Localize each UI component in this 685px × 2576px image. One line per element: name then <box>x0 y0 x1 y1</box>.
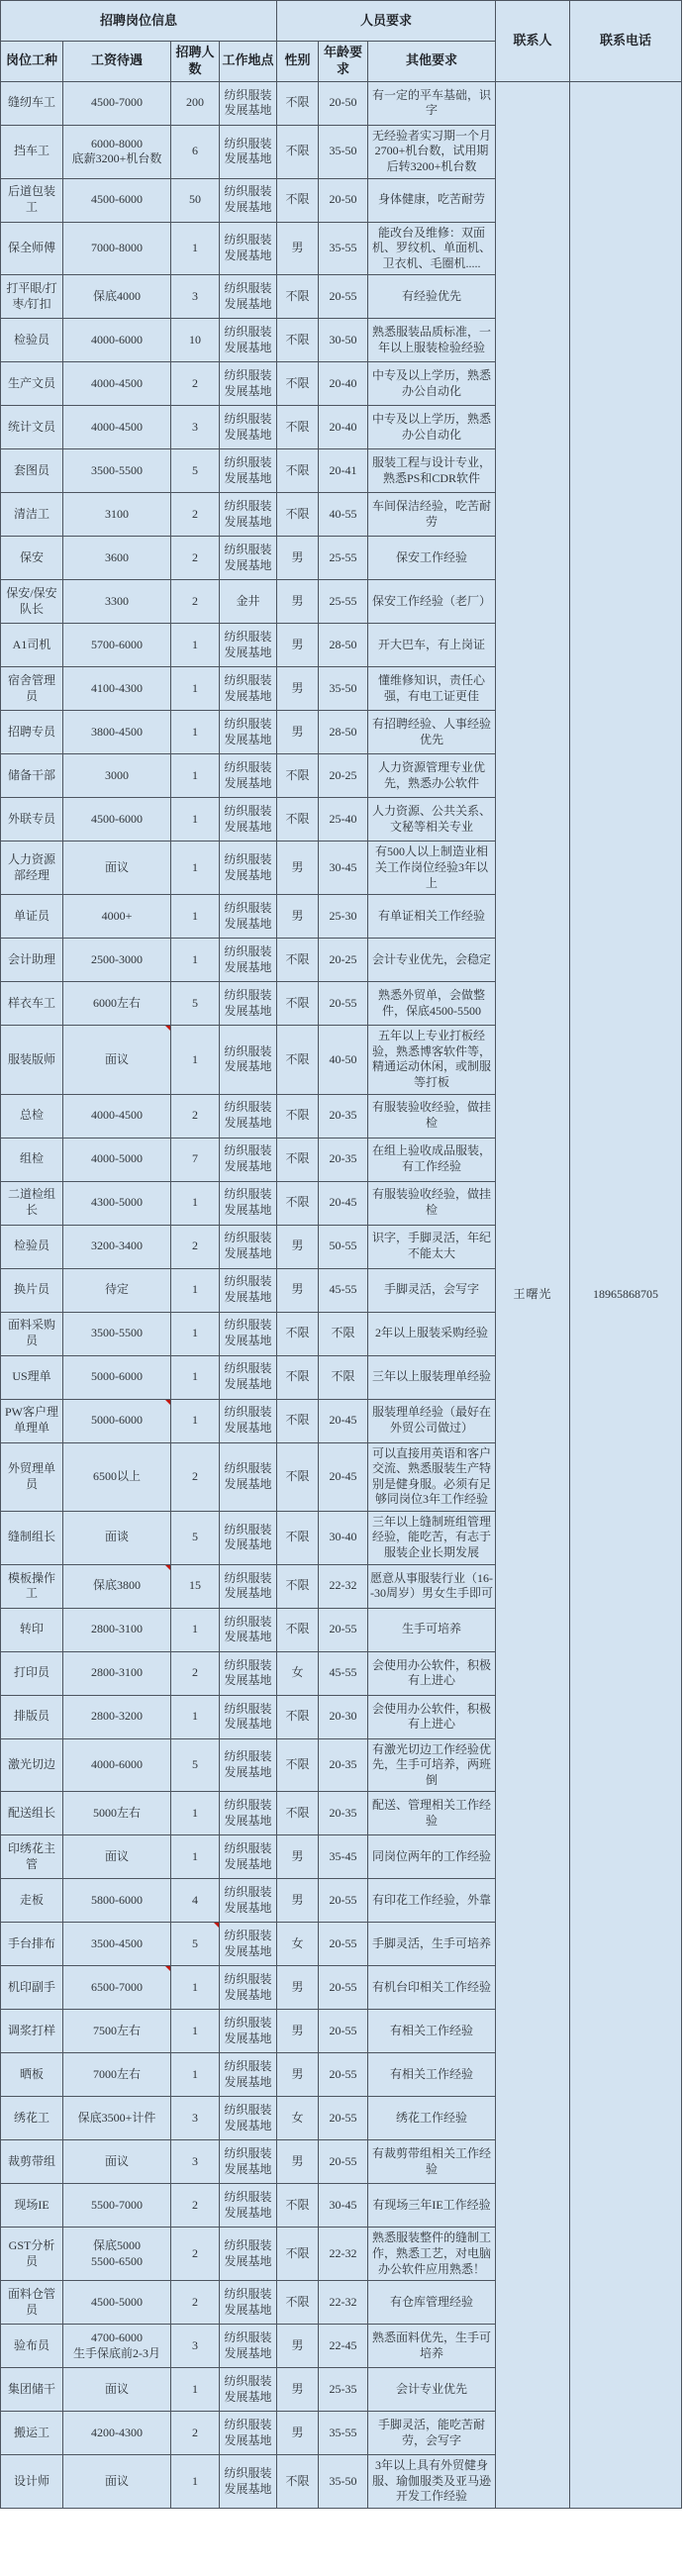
cell-salary: 4000-4500 <box>63 406 171 449</box>
cell-location: 纺织服装发展基地 <box>220 1511 277 1564</box>
cell-count: 1 <box>171 1835 220 1879</box>
cell-location: 纺织服装发展基地 <box>220 2053 277 2097</box>
cell-count: 2 <box>171 537 220 580</box>
cell-job: 面料仓管员 <box>1 2281 63 2325</box>
cell-salary: 4500-7000 <box>63 81 171 125</box>
cell-salary: 保底4000 <box>63 275 171 319</box>
cell-other: 会计专业优先，会稳定 <box>368 939 496 982</box>
cell-age: 28-50 <box>319 624 368 667</box>
cell-salary: 5700-6000 <box>63 624 171 667</box>
cell-age: 20-55 <box>319 2140 368 2184</box>
cell-job: 招聘专员 <box>1 711 63 754</box>
cell-salary: 面议 <box>63 1835 171 1879</box>
cell-age: 30-40 <box>319 1511 368 1564</box>
cell-salary: 5800-6000 <box>63 1879 171 1923</box>
cell-gender: 不限 <box>277 449 319 493</box>
cell-salary: 2500-3000 <box>63 939 171 982</box>
cell-job: 外贸理单员 <box>1 1442 63 1511</box>
cell-salary: 4000-6000 <box>63 319 171 362</box>
cell-job: 检验员 <box>1 319 63 362</box>
table-body: 缝纫车工4500-7000200纺织服装发展基地不限20-50有一定的平车基础，… <box>1 81 682 2508</box>
cell-other: 手脚灵活，能吃苦耐劳，会写字 <box>368 2412 496 2455</box>
cell-salary: 面谈 <box>63 1511 171 1564</box>
cell-job: 套图员 <box>1 449 63 493</box>
cell-job: 样衣车工 <box>1 982 63 1026</box>
cell-other: 有机台印相关工作经验 <box>368 1966 496 2010</box>
cell-location: 纺织服装发展基地 <box>220 2368 277 2412</box>
cell-salary: 4100-4300 <box>63 667 171 711</box>
cell-gender: 不限 <box>277 1355 319 1399</box>
cell-job: GST分析员 <box>1 2228 63 2281</box>
note-marker-icon <box>165 1026 170 1031</box>
cell-other: 有仓库管理经验 <box>368 2281 496 2325</box>
cell-count: 1 <box>171 1268 220 1312</box>
cell-location: 纺织服装发展基地 <box>220 2010 277 2053</box>
cell-salary: 4000-5000 <box>63 1138 171 1181</box>
cell-gender: 不限 <box>277 1738 319 1792</box>
cell-age: 20-50 <box>319 178 368 222</box>
cell-salary: 5000-6000 <box>63 1355 171 1399</box>
cell-gender: 不限 <box>277 125 319 178</box>
cell-other: 愿意从事服装行业（16--30周岁）男女生手即可 <box>368 1564 496 1608</box>
cell-job: 模板操作工 <box>1 1564 63 1608</box>
cell-salary: 6000左右 <box>63 982 171 1026</box>
cell-job: US理单 <box>1 1355 63 1399</box>
cell-location: 纺织服装发展基地 <box>220 842 277 895</box>
cell-age: 30-45 <box>319 842 368 895</box>
cell-job: 配送组长 <box>1 1792 63 1835</box>
cell-count: 2 <box>171 2412 220 2455</box>
cell-job: 打印员 <box>1 1651 63 1695</box>
cell-other: 配送、管理相关工作经验 <box>368 1792 496 1835</box>
cell-other: 识字，手脚灵活，年纪不能太大 <box>368 1225 496 1268</box>
cell-salary: 保底5000 5500-6500 <box>63 2228 171 2281</box>
cell-count: 1 <box>171 1966 220 2010</box>
cell-age: 25-40 <box>319 798 368 842</box>
cell-job: 保安 <box>1 537 63 580</box>
cell-age: 45-55 <box>319 1268 368 1312</box>
cell-gender: 不限 <box>277 2184 319 2228</box>
cell-job: 现场IE <box>1 2184 63 2228</box>
cell-other: 有经验优先 <box>368 275 496 319</box>
cell-count: 1 <box>171 2053 220 2097</box>
cell-job: 服装版师 <box>1 1026 63 1094</box>
group-header-personnel-req: 人员要求 <box>277 1 496 42</box>
cell-count: 1 <box>171 667 220 711</box>
cell-location: 纺织服装发展基地 <box>220 275 277 319</box>
cell-job: 单证员 <box>1 895 63 939</box>
cell-salary: 3200-3400 <box>63 1225 171 1268</box>
cell-age: 20-45 <box>319 1399 368 1442</box>
cell-gender: 不限 <box>277 81 319 125</box>
cell-job: 手台排布 <box>1 1923 63 1966</box>
cell-location: 纺织服装发展基地 <box>220 711 277 754</box>
cell-location: 纺织服装发展基地 <box>220 178 277 222</box>
cell-age: 20-55 <box>319 982 368 1026</box>
cell-count: 3 <box>171 2140 220 2184</box>
cell-gender: 不限 <box>277 406 319 449</box>
cell-location: 纺织服装发展基地 <box>220 1923 277 1966</box>
cell-job: 缝制组长 <box>1 1511 63 1564</box>
cell-job: 保全师傅 <box>1 222 63 275</box>
cell-gender: 男 <box>277 842 319 895</box>
cell-count: 2 <box>171 1651 220 1695</box>
cell-location: 纺织服装发展基地 <box>220 537 277 580</box>
note-marker-icon <box>214 1923 219 1928</box>
cell-gender: 男 <box>277 2140 319 2184</box>
cell-job: 缝纫车工 <box>1 81 63 125</box>
cell-salary: 3100 <box>63 493 171 537</box>
cell-salary: 4300-5000 <box>63 1181 171 1225</box>
cell-age: 20-25 <box>319 939 368 982</box>
cell-salary: 面议 <box>63 1026 171 1094</box>
col-header-age: 年龄要求 <box>319 42 368 82</box>
cell-location: 纺织服装发展基地 <box>220 2455 277 2509</box>
cell-other: 有服装验收经验，做挂检 <box>368 1181 496 1225</box>
cell-location: 纺织服装发展基地 <box>220 1399 277 1442</box>
cell-age: 20-35 <box>319 1738 368 1792</box>
cell-age: 20-40 <box>319 406 368 449</box>
cell-age: 35-55 <box>319 2412 368 2455</box>
cell-age: 25-55 <box>319 537 368 580</box>
cell-count: 1 <box>171 939 220 982</box>
cell-gender: 不限 <box>277 362 319 406</box>
cell-other: 可以直接用英语和客户交流、熟悉服装生产特别是健身服。必须有足够同岗位3年工作经验 <box>368 1442 496 1511</box>
cell-job: 搬运工 <box>1 2412 63 2455</box>
col-header-count: 招聘人数 <box>171 42 220 82</box>
cell-location: 纺织服装发展基地 <box>220 222 277 275</box>
cell-other: 2年以上服装采购经验 <box>368 1312 496 1355</box>
cell-count: 1 <box>171 754 220 798</box>
cell-job: 排版员 <box>1 1695 63 1738</box>
cell-location: 纺织服装发展基地 <box>220 449 277 493</box>
cell-other: 服装工程与设计专业，熟悉PS和CDR软件 <box>368 449 496 493</box>
cell-age: 20-50 <box>319 81 368 125</box>
cell-location: 纺织服装发展基地 <box>220 895 277 939</box>
cell-job: 组检 <box>1 1138 63 1181</box>
cell-salary: 4500-6000 <box>63 798 171 842</box>
cell-age: 20-41 <box>319 449 368 493</box>
cell-location: 纺织服装发展基地 <box>220 939 277 982</box>
cell-gender: 不限 <box>277 1026 319 1094</box>
cell-salary: 3500-5500 <box>63 1312 171 1355</box>
cell-count: 3 <box>171 275 220 319</box>
cell-gender: 男 <box>277 667 319 711</box>
cell-salary: 3600 <box>63 537 171 580</box>
cell-gender: 不限 <box>277 493 319 537</box>
cell-location: 纺织服装发展基地 <box>220 1442 277 1511</box>
cell-location: 纺织服装发展基地 <box>220 2140 277 2184</box>
cell-gender: 不限 <box>277 275 319 319</box>
cell-other: 3年以上具有外贸健身服、瑜伽服类及亚马逊开发工作经验 <box>368 2455 496 2509</box>
cell-location: 纺织服装发展基地 <box>220 1225 277 1268</box>
cell-other: 绣花工作经验 <box>368 2097 496 2140</box>
cell-age: 20-55 <box>319 1966 368 2010</box>
cell-salary: 7000-8000 <box>63 222 171 275</box>
cell-other: 保安工作经验（老厂） <box>368 580 496 624</box>
cell-gender: 不限 <box>277 319 319 362</box>
cell-other: 保安工作经验 <box>368 537 496 580</box>
cell-other: 有现场三年IE工作经验 <box>368 2184 496 2228</box>
cell-gender: 男 <box>277 2412 319 2455</box>
cell-count: 1 <box>171 1695 220 1738</box>
cell-job: 机印副手 <box>1 1966 63 2010</box>
cell-count: 6 <box>171 125 220 178</box>
cell-other: 有单证相关工作经验 <box>368 895 496 939</box>
cell-age: 25-35 <box>319 2368 368 2412</box>
cell-age: 35-55 <box>319 222 368 275</box>
cell-salary: 面议 <box>63 842 171 895</box>
cell-count: 5 <box>171 1738 220 1792</box>
cell-other: 无经验者实习期一个月2700+机台数，试用期后转3200+机台数 <box>368 125 496 178</box>
cell-salary: 面议 <box>63 2455 171 2509</box>
group-header-recruit-info: 招聘岗位信息 <box>1 1 277 42</box>
cell-job: 清洁工 <box>1 493 63 537</box>
cell-other: 生手可培养 <box>368 1608 496 1651</box>
cell-count: 2 <box>171 1225 220 1268</box>
cell-gender: 女 <box>277 1651 319 1695</box>
cell-count: 3 <box>171 2097 220 2140</box>
cell-age: 35-45 <box>319 1835 368 1879</box>
cell-gender: 不限 <box>277 798 319 842</box>
cell-other: 三年以上服装理单经验 <box>368 1355 496 1399</box>
cell-age: 50-55 <box>319 1225 368 1268</box>
group-header-contact-person: 联系人 <box>496 1 570 82</box>
cell-job: 设计师 <box>1 2455 63 2509</box>
cell-location: 纺织服装发展基地 <box>220 2228 277 2281</box>
cell-count: 1 <box>171 2010 220 2053</box>
cell-count: 2 <box>171 2184 220 2228</box>
cell-job: 人力资源部经理 <box>1 842 63 895</box>
cell-gender: 不限 <box>277 1442 319 1511</box>
cell-count: 5 <box>171 1511 220 1564</box>
note-marker-icon <box>165 1400 170 1405</box>
cell-age: 35-50 <box>319 2455 368 2509</box>
cell-job: 检验员 <box>1 1225 63 1268</box>
cell-other: 有激光切边工作经验优先，生手可培养，两班倒 <box>368 1738 496 1792</box>
cell-count: 4 <box>171 1879 220 1923</box>
cell-age: 20-25 <box>319 754 368 798</box>
cell-salary: 4700-6000 生手保底前2-3月 <box>63 2325 171 2368</box>
cell-gender: 不限 <box>277 1312 319 1355</box>
cell-other: 身体健康，吃苦耐劳 <box>368 178 496 222</box>
cell-count: 15 <box>171 1564 220 1608</box>
cell-location: 纺织服装发展基地 <box>220 2281 277 2325</box>
cell-job: 印绣花主管 <box>1 1835 63 1879</box>
cell-job: 验布员 <box>1 2325 63 2368</box>
cell-count: 1 <box>171 711 220 754</box>
cell-age: 20-35 <box>319 1138 368 1181</box>
cell-salary: 保底3800 <box>63 1564 171 1608</box>
cell-location: 纺织服装发展基地 <box>220 81 277 125</box>
cell-count: 2 <box>171 2281 220 2325</box>
cell-job: A1司机 <box>1 624 63 667</box>
cell-other: 会使用办公软件，积极有上进心 <box>368 1651 496 1695</box>
cell-other: 开大巴车，有上岗证 <box>368 624 496 667</box>
cell-age: 20-55 <box>319 1608 368 1651</box>
cell-age: 22-32 <box>319 1564 368 1608</box>
cell-gender: 男 <box>277 2010 319 2053</box>
cell-job: 晒板 <box>1 2053 63 2097</box>
cell-salary: 5000-6000 <box>63 1399 171 1442</box>
cell-age: 20-55 <box>319 2053 368 2097</box>
cell-other: 有500人以上制造业相关工作岗位经验3年以上 <box>368 842 496 895</box>
cell-count: 1 <box>171 1026 220 1094</box>
cell-salary: 4000-6000 <box>63 1738 171 1792</box>
cell-other: 有一定的平车基础，识字 <box>368 81 496 125</box>
col-header-other: 其他要求 <box>368 42 496 82</box>
cell-count: 1 <box>171 842 220 895</box>
cell-count: 200 <box>171 81 220 125</box>
col-header-job: 岗位工种 <box>1 42 63 82</box>
cell-count: 1 <box>171 624 220 667</box>
cell-job: 调浆打样 <box>1 2010 63 2053</box>
cell-age: 25-30 <box>319 895 368 939</box>
cell-salary: 7500左右 <box>63 2010 171 2053</box>
cell-count: 1 <box>171 1399 220 1442</box>
cell-age: 不限 <box>319 1312 368 1355</box>
cell-count: 2 <box>171 493 220 537</box>
cell-salary: 保底3500+计件 <box>63 2097 171 2140</box>
cell-count: 3 <box>171 406 220 449</box>
cell-gender: 不限 <box>277 1399 319 1442</box>
cell-location: 纺织服装发展基地 <box>220 125 277 178</box>
cell-gender: 男 <box>277 1268 319 1312</box>
cell-count: 1 <box>171 1312 220 1355</box>
cell-location: 纺织服装发展基地 <box>220 1695 277 1738</box>
cell-age: 20-55 <box>319 2097 368 2140</box>
cell-gender: 不限 <box>277 1181 319 1225</box>
cell-gender: 不限 <box>277 2281 319 2325</box>
cell-other: 有相关工作经验 <box>368 2053 496 2097</box>
cell-other: 会计专业优先 <box>368 2368 496 2412</box>
cell-salary: 4500-5000 <box>63 2281 171 2325</box>
cell-location: 纺织服装发展基地 <box>220 2412 277 2455</box>
cell-age: 20-55 <box>319 1923 368 1966</box>
cell-gender: 不限 <box>277 939 319 982</box>
cell-gender: 不限 <box>277 2455 319 2509</box>
cell-job: 生产文员 <box>1 362 63 406</box>
cell-count: 1 <box>171 798 220 842</box>
cell-age: 25-55 <box>319 580 368 624</box>
cell-salary: 2800-3100 <box>63 1651 171 1695</box>
cell-location: 纺织服装发展基地 <box>220 1094 277 1138</box>
cell-age: 28-50 <box>319 711 368 754</box>
cell-location: 纺织服装发展基地 <box>220 667 277 711</box>
cell-location: 纺织服装发展基地 <box>220 1651 277 1695</box>
cell-location: 纺织服装发展基地 <box>220 493 277 537</box>
cell-age: 45-55 <box>319 1651 368 1695</box>
contact-person-cell: 王曙光 <box>496 81 570 2508</box>
note-marker-icon <box>165 1966 170 1971</box>
cell-age: 35-50 <box>319 125 368 178</box>
cell-location: 纺织服装发展基地 <box>220 1792 277 1835</box>
cell-job: 会计助理 <box>1 939 63 982</box>
cell-salary: 4000-4500 <box>63 362 171 406</box>
cell-salary: 面议 <box>63 2368 171 2412</box>
cell-location: 纺织服装发展基地 <box>220 1835 277 1879</box>
cell-gender: 男 <box>277 580 319 624</box>
cell-location: 纺织服装发展基地 <box>220 1026 277 1094</box>
cell-other: 会使用办公软件，积极有上进心 <box>368 1695 496 1738</box>
cell-gender: 男 <box>277 1225 319 1268</box>
cell-location: 纺织服装发展基地 <box>220 2325 277 2368</box>
cell-location: 纺织服装发展基地 <box>220 1879 277 1923</box>
cell-count: 1 <box>171 2368 220 2412</box>
table-row: 缝纫车工4500-7000200纺织服装发展基地不限20-50有一定的平车基础，… <box>1 81 682 125</box>
cell-count: 50 <box>171 178 220 222</box>
cell-location: 纺织服装发展基地 <box>220 1564 277 1608</box>
recruitment-sheet: 招聘岗位信息 人员要求 联系人 联系电话 岗位工种 工资待遇 招聘人数 工作地点… <box>0 0 685 2509</box>
cell-salary: 6500以上 <box>63 1442 171 1511</box>
cell-count: 2 <box>171 2228 220 2281</box>
cell-other: 有印花工作经验，外靠 <box>368 1879 496 1923</box>
cell-count: 5 <box>171 982 220 1026</box>
cell-other: 三年以上缝制班组管理经验，能吃苦，有志于服装企业长期发展 <box>368 1511 496 1564</box>
cell-job: 集团储干 <box>1 2368 63 2412</box>
cell-salary: 4200-4300 <box>63 2412 171 2455</box>
cell-salary: 4000-4500 <box>63 1094 171 1138</box>
cell-gender: 不限 <box>277 1138 319 1181</box>
cell-age: 35-50 <box>319 667 368 711</box>
cell-job: 后道包装工 <box>1 178 63 222</box>
cell-gender: 不限 <box>277 1608 319 1651</box>
cell-job: 统计文员 <box>1 406 63 449</box>
cell-count: 2 <box>171 1094 220 1138</box>
cell-gender: 女 <box>277 2097 319 2140</box>
cell-gender: 女 <box>277 1923 319 1966</box>
cell-salary: 6000-8000 底薪3200+机台数 <box>63 125 171 178</box>
cell-job: 裁剪带组 <box>1 2140 63 2184</box>
cell-job: 转印 <box>1 1608 63 1651</box>
cell-gender: 男 <box>277 222 319 275</box>
cell-location: 纺织服装发展基地 <box>220 1608 277 1651</box>
cell-other: 能改台及维修：双面机、罗纹机、单面机、卫衣机、毛圈机..... <box>368 222 496 275</box>
cell-location: 纺织服装发展基地 <box>220 1966 277 2010</box>
cell-job: PW客户理单理单 <box>1 1399 63 1442</box>
cell-other: 熟悉面料优先，生手可培养 <box>368 2325 496 2368</box>
cell-gender: 不限 <box>277 1695 319 1738</box>
cell-gender: 男 <box>277 624 319 667</box>
cell-job: 打平眼/打枣/钉扣 <box>1 275 63 319</box>
cell-other: 熟悉服装整件的缝制工作，熟悉工艺，对电脑办公软件应用熟悉！ <box>368 2228 496 2281</box>
cell-gender: 不限 <box>277 178 319 222</box>
col-header-gender: 性别 <box>277 42 319 82</box>
cell-job: 保安/保安队长 <box>1 580 63 624</box>
cell-job: 总检 <box>1 1094 63 1138</box>
cell-gender: 男 <box>277 1835 319 1879</box>
cell-job: 储备干部 <box>1 754 63 798</box>
cell-age: 20-40 <box>319 362 368 406</box>
cell-location: 纺织服装发展基地 <box>220 406 277 449</box>
col-header-salary: 工资待遇 <box>63 42 171 82</box>
cell-gender: 男 <box>277 2053 319 2097</box>
cell-count: 7 <box>171 1138 220 1181</box>
cell-count: 1 <box>171 1181 220 1225</box>
cell-count: 1 <box>171 1355 220 1399</box>
cell-job: 换片员 <box>1 1268 63 1312</box>
cell-count: 2 <box>171 580 220 624</box>
cell-location: 纺织服装发展基地 <box>220 362 277 406</box>
cell-location: 纺织服装发展基地 <box>220 624 277 667</box>
cell-age: 20-45 <box>319 1181 368 1225</box>
cell-location: 纺织服装发展基地 <box>220 1268 277 1312</box>
cell-age: 不限 <box>319 1355 368 1399</box>
cell-job: 挡车工 <box>1 125 63 178</box>
col-header-location: 工作地点 <box>220 42 277 82</box>
cell-other: 懂维修知识，责任心强，有电工证更佳 <box>368 667 496 711</box>
cell-gender: 男 <box>277 1879 319 1923</box>
